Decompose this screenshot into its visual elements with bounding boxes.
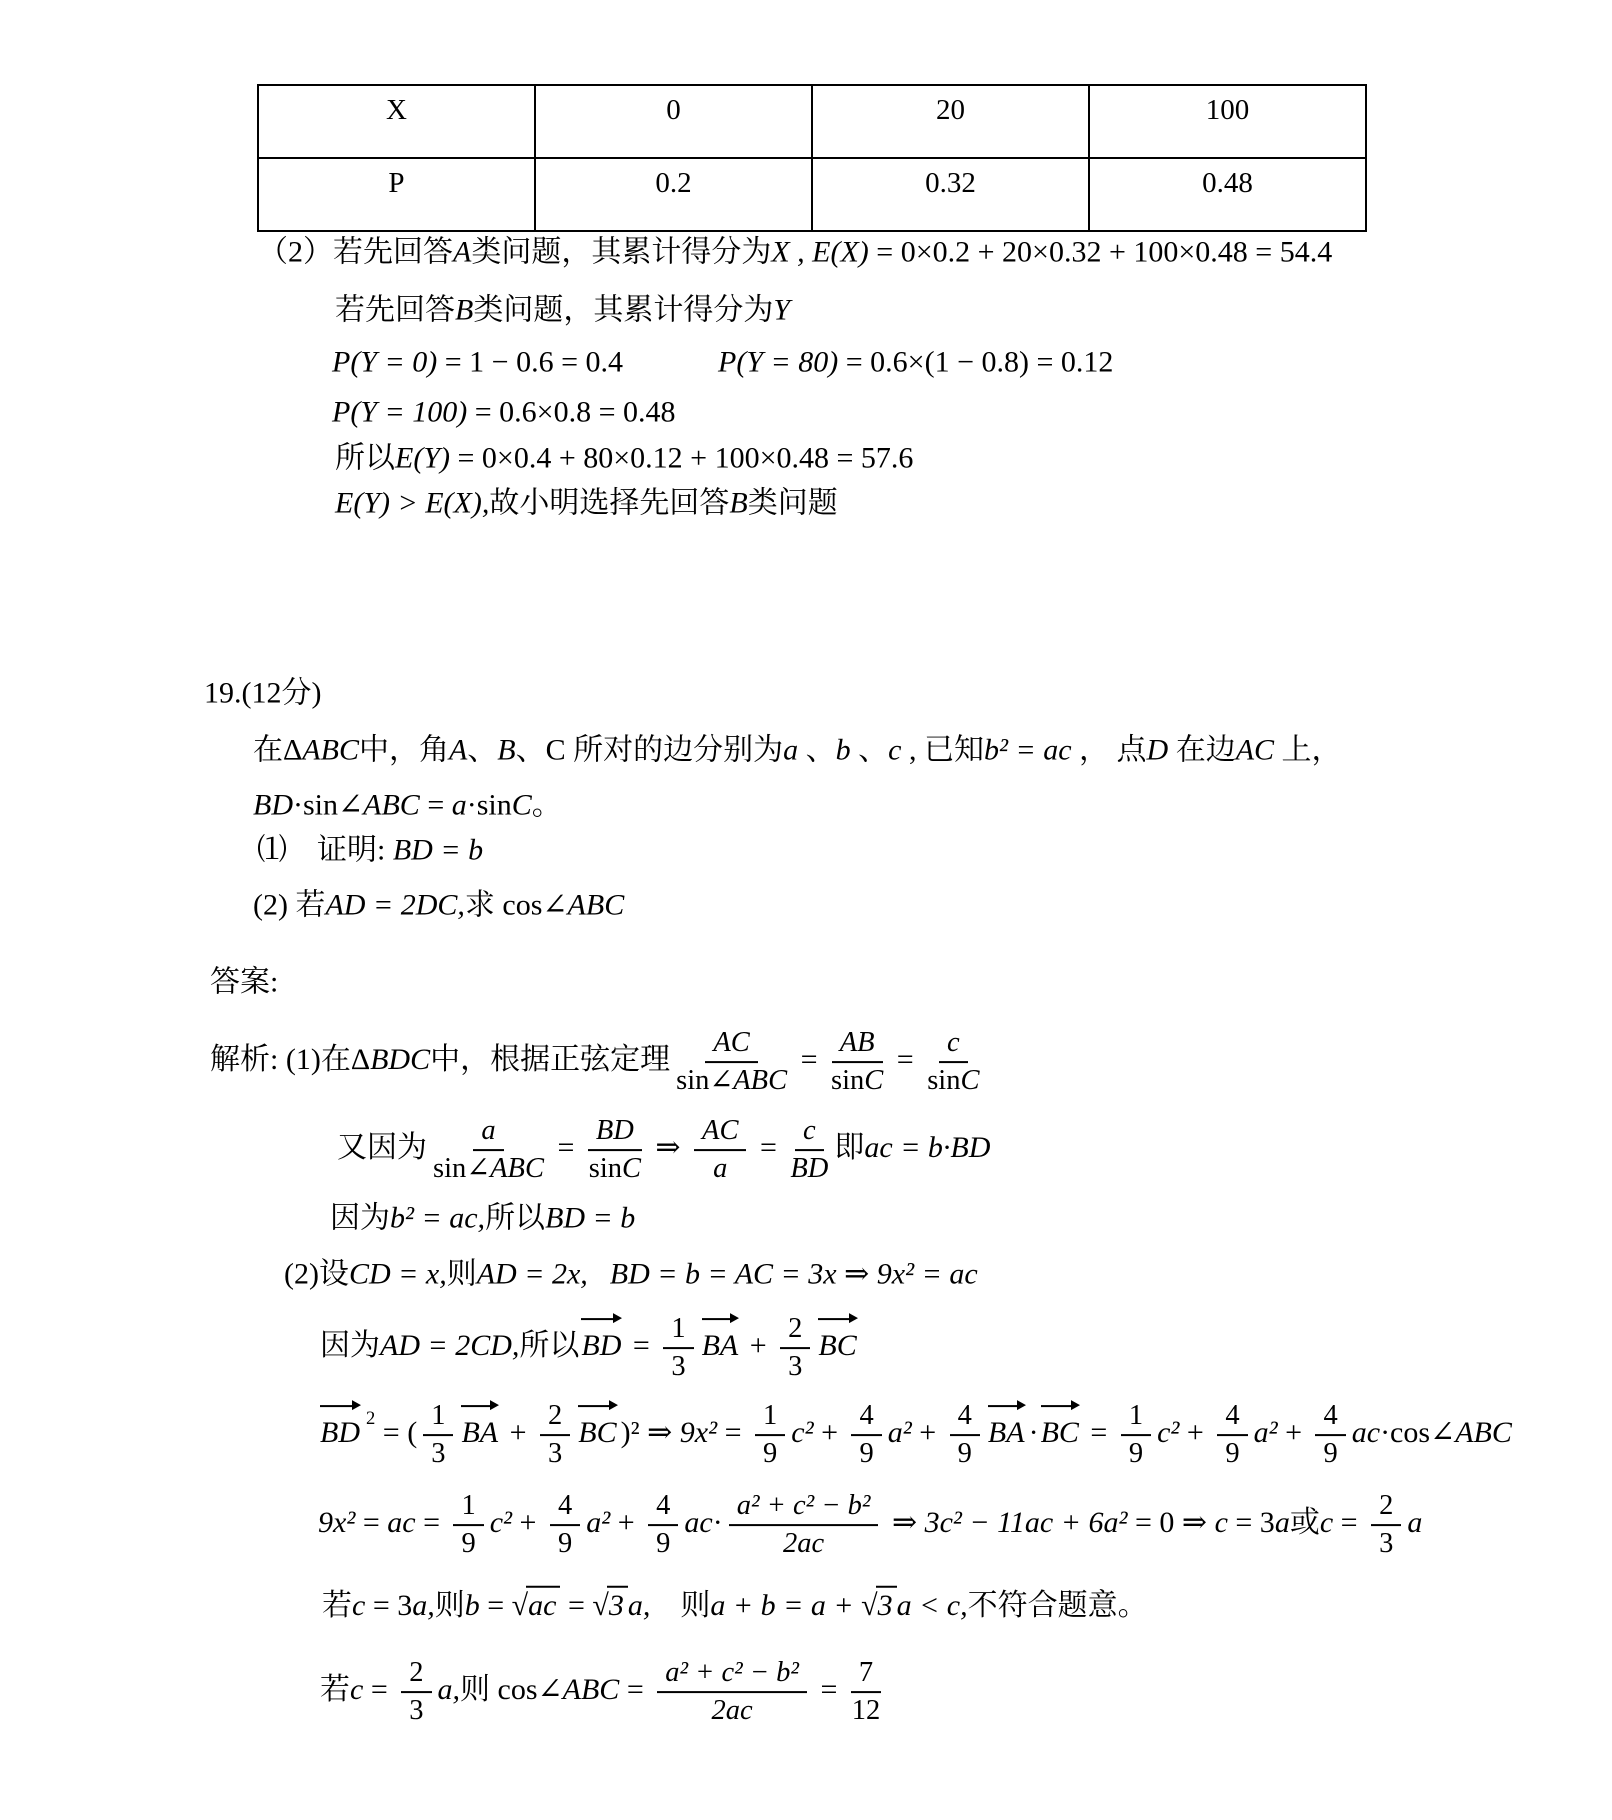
table-cell: 0.48 bbox=[1089, 158, 1366, 231]
fraction: cBD bbox=[790, 1115, 828, 1185]
cn-text: 答案: bbox=[210, 965, 278, 998]
fraction: 19 bbox=[755, 1400, 785, 1470]
fraction: 23 bbox=[1371, 1490, 1401, 1560]
numerator: 2 bbox=[780, 1313, 810, 1349]
math-text: a < c, bbox=[897, 1589, 968, 1622]
math-text: = bbox=[416, 1506, 448, 1539]
vector-BC: BC bbox=[578, 1414, 616, 1452]
line-expectation-x: （2）若先回答A类问题，其累计得分为X , E(X) = 0×0.2 + 20×… bbox=[258, 233, 1332, 271]
fraction: 23 bbox=[780, 1313, 810, 1383]
math-text: E(Y) > E(X), bbox=[335, 486, 489, 519]
cn-text: 求 bbox=[465, 888, 503, 921]
probability-table: X 0 20 100 P 0.2 0.32 0.48 bbox=[257, 84, 1367, 232]
document-page: X 0 20 100 P 0.2 0.32 0.48 （2）若先回答A类问题，其… bbox=[0, 0, 1612, 1820]
numerator: 2 bbox=[401, 1657, 431, 1693]
math-text: = bbox=[889, 1043, 921, 1076]
cn-text: 在Δ bbox=[253, 733, 302, 766]
math-text: ABC bbox=[568, 888, 625, 921]
radicand: 3 bbox=[607, 1586, 628, 1622]
math-text: = bbox=[793, 1043, 825, 1076]
vector-BA: BA bbox=[702, 1327, 739, 1365]
cn-text: 在边 bbox=[1168, 733, 1236, 766]
denominator: 3 bbox=[788, 1349, 802, 1383]
math-text: sin bbox=[927, 1065, 960, 1096]
line-prob-y0-y80: P(Y = 0) = 1 − 0.6 = 0.4P(Y = 80) = 0.6×… bbox=[332, 343, 1113, 381]
math-text: 3c² − 11ac + 6a² bbox=[925, 1506, 1128, 1539]
math-text: AC bbox=[1236, 733, 1274, 766]
fraction: 19 bbox=[1121, 1400, 1151, 1470]
math-text: A bbox=[449, 733, 467, 766]
cn-text: 所以 bbox=[335, 441, 395, 474]
denominator: 3 bbox=[409, 1693, 423, 1727]
math-text: ac bbox=[684, 1506, 712, 1539]
denominator: 3 bbox=[1379, 1526, 1393, 1560]
numerator: a² + c² − b² bbox=[657, 1657, 807, 1693]
cn-text: 即 bbox=[834, 1131, 864, 1164]
math-text: D bbox=[1147, 733, 1169, 766]
math-text: c bbox=[352, 1589, 365, 1622]
math-text: B bbox=[729, 486, 747, 519]
math-text: sin∠ bbox=[433, 1153, 490, 1184]
fraction: 23 bbox=[401, 1657, 431, 1727]
math-text: c² bbox=[791, 1416, 813, 1449]
math-text: C bbox=[864, 1065, 883, 1096]
math-text: c bbox=[1320, 1506, 1333, 1539]
math-text: a² bbox=[1254, 1416, 1278, 1449]
math-text: b bbox=[465, 1589, 480, 1622]
numerator: a² + c² − b² bbox=[729, 1490, 879, 1526]
math-text: = bbox=[1333, 1506, 1365, 1539]
numerator: 1 bbox=[1121, 1400, 1151, 1436]
cn-text: 若 bbox=[320, 1673, 350, 1706]
math-text: B bbox=[455, 293, 473, 326]
numerator: 4 bbox=[851, 1400, 881, 1436]
numerator: c bbox=[939, 1027, 968, 1063]
fraction: 712 bbox=[851, 1657, 881, 1727]
math-text: ·sin∠ bbox=[293, 788, 363, 821]
table-cell: X bbox=[258, 85, 535, 158]
fraction: 49 bbox=[550, 1490, 580, 1560]
denominator: 2ac bbox=[712, 1693, 753, 1727]
denominator: 2ac bbox=[783, 1526, 824, 1560]
numerator: 2 bbox=[540, 1400, 570, 1436]
numerator: a bbox=[473, 1115, 503, 1151]
math-text: Y bbox=[773, 293, 790, 326]
math-text: = bbox=[752, 1131, 784, 1164]
numerator: 2 bbox=[1371, 1490, 1401, 1526]
cn-text: 则 bbox=[650, 1589, 710, 1622]
math-text: ·cos∠ bbox=[1380, 1416, 1455, 1449]
table-cell: 0 bbox=[535, 85, 812, 158]
math-text: AD = 2DC, bbox=[325, 888, 464, 921]
vector-BD: BD bbox=[320, 1414, 360, 1452]
numerator: AC bbox=[705, 1027, 757, 1063]
math-text: + bbox=[1278, 1416, 1310, 1449]
denominator: sin∠ABC bbox=[433, 1151, 544, 1185]
solution-line7: 9x² = ac = 19c² + 49a² + 49ac·a² + c² − … bbox=[318, 1490, 1422, 1560]
math-text: = 0.6×(1 − 0.8) = 0.12 bbox=[838, 345, 1113, 378]
cn-text: 因为 bbox=[320, 1329, 380, 1362]
math-text: X , E(X) bbox=[771, 235, 868, 268]
math-text: a² bbox=[888, 1416, 912, 1449]
cn-text: ， 点 bbox=[1072, 733, 1147, 766]
denominator: BD bbox=[790, 1151, 828, 1185]
math-text: 9x² = ac bbox=[877, 1257, 978, 1290]
cn-text: ⑴ 证明: bbox=[257, 833, 393, 866]
fraction: 19 bbox=[453, 1490, 483, 1560]
math-text: 9x² bbox=[318, 1506, 355, 1539]
math-text: c² bbox=[490, 1506, 512, 1539]
cn-text: (2) 若 bbox=[253, 888, 325, 921]
math-text: = 1 − 0.6 = 0.4 bbox=[437, 345, 623, 378]
solution-line3: 因为b² = ac,所以BD = b bbox=[330, 1199, 635, 1237]
numerator: 4 bbox=[1315, 1400, 1345, 1436]
table-cell: 100 bbox=[1089, 85, 1366, 158]
math-text: ⇒ bbox=[884, 1506, 924, 1539]
numerator: BD bbox=[588, 1115, 642, 1151]
numerator: 4 bbox=[1217, 1400, 1247, 1436]
math-text: E(Y) bbox=[395, 441, 450, 474]
denominator: sinC bbox=[831, 1063, 883, 1097]
math-text: ABC bbox=[302, 733, 359, 766]
math-text: P(Y = 80) bbox=[718, 345, 838, 378]
denominator: 3 bbox=[548, 1436, 562, 1470]
math-text: P(Y = 100) bbox=[332, 395, 467, 428]
cn-text: 、C 所对的边分别为 bbox=[516, 733, 784, 766]
math-text: ⇒ bbox=[837, 1257, 877, 1290]
cn-text: 则 bbox=[447, 1257, 477, 1290]
math-text: · bbox=[1029, 1416, 1039, 1449]
denominator: 3 bbox=[671, 1349, 685, 1383]
math-text: c² bbox=[1157, 1416, 1179, 1449]
math-text: sin∠ bbox=[676, 1065, 733, 1096]
math-text: sin bbox=[831, 1065, 864, 1096]
denominator: 9 bbox=[461, 1526, 475, 1560]
denominator: 9 bbox=[656, 1526, 670, 1560]
math-text: = bbox=[420, 788, 452, 821]
fraction: ACa bbox=[694, 1115, 746, 1185]
table-cell: 0.2 bbox=[535, 158, 812, 231]
math-text: = 0×0.2 + 20×0.32 + 100×0.48 = 54.4 bbox=[869, 235, 1332, 268]
table-cell: 20 bbox=[812, 85, 1089, 158]
math-text: a bbox=[783, 733, 798, 766]
fraction: 49 bbox=[1217, 1400, 1247, 1470]
math-text: b bbox=[836, 733, 851, 766]
math-text: = 0×0.4 + 80×0.12 + 100×0.48 = 57.6 bbox=[450, 441, 913, 474]
cn-text: 所以 bbox=[485, 1201, 545, 1234]
cn-text: 若 bbox=[322, 1589, 352, 1622]
cn-text: 上， bbox=[1274, 733, 1342, 766]
math-text: ·sin bbox=[467, 788, 512, 821]
line-conclusion: E(Y) > E(X),故小明选择先回答B类问题 bbox=[335, 484, 838, 522]
math-text: ABC bbox=[490, 1153, 544, 1184]
math-text: = 3 bbox=[1228, 1506, 1275, 1539]
math-text: · bbox=[713, 1506, 723, 1539]
solution-line8: 若c = 3a,则b = √ac = √3a, 则a + b = a + √3a… bbox=[322, 1586, 1148, 1625]
math-text: AD = 2x, bbox=[477, 1257, 588, 1290]
vector-BA: BA bbox=[461, 1414, 498, 1452]
vector-BA: BA bbox=[988, 1414, 1025, 1452]
math-text: a, bbox=[438, 1673, 461, 1706]
radicand: 3 bbox=[876, 1586, 897, 1622]
denominator: 3 bbox=[431, 1436, 445, 1470]
math-text: c bbox=[888, 733, 901, 766]
math-text: A bbox=[453, 235, 471, 268]
line-answer-b-first: 若先回答B类问题，其累计得分为Y bbox=[335, 291, 790, 329]
math-text: + bbox=[912, 1416, 944, 1449]
math-text: cos∠ bbox=[502, 888, 567, 921]
math-text: = bbox=[625, 1329, 657, 1362]
math-text: ac bbox=[387, 1506, 415, 1539]
math-text: + bbox=[610, 1506, 642, 1539]
solution-line4: (2)设CD = x,则AD = 2x,BD = b = AC = 3x ⇒ 9… bbox=[284, 1255, 978, 1293]
math-text: = bbox=[1083, 1416, 1115, 1449]
line-prob-y100: P(Y = 100) = 0.6×0.8 = 0.48 bbox=[332, 393, 676, 431]
math-text: = bbox=[363, 1673, 395, 1706]
cn-text: 中，根据正弦定理 bbox=[430, 1043, 670, 1076]
math-text: )² ⇒ bbox=[621, 1416, 680, 1449]
cn-text: , 已知 bbox=[901, 733, 984, 766]
denominator: 9 bbox=[763, 1436, 777, 1470]
math-text: ABC bbox=[733, 1065, 787, 1096]
math-text: = bbox=[355, 1506, 387, 1539]
q19-part1: ⑴ 证明: BD = b bbox=[257, 831, 483, 869]
fraction: csinC bbox=[927, 1027, 979, 1097]
math-text: = 0 ⇒ bbox=[1128, 1506, 1215, 1539]
numerator: 1 bbox=[453, 1490, 483, 1526]
math-text: = bbox=[619, 1673, 651, 1706]
denominator: 9 bbox=[558, 1526, 572, 1560]
math-text: C bbox=[512, 788, 532, 821]
denominator: sin∠ABC bbox=[676, 1063, 787, 1097]
numerator: 1 bbox=[755, 1400, 785, 1436]
fraction: a² + c² − b²2ac bbox=[729, 1490, 879, 1560]
denominator: sinC bbox=[927, 1063, 979, 1097]
math-text: 9x² bbox=[680, 1416, 717, 1449]
cn-text: 、 bbox=[851, 733, 889, 766]
math-text: BD bbox=[253, 788, 293, 821]
radicand: ac bbox=[526, 1586, 560, 1622]
cn-text: 中，角 bbox=[359, 733, 449, 766]
math-text: + bbox=[1179, 1416, 1211, 1449]
numerator: 1 bbox=[663, 1313, 693, 1349]
solution-line6: BD2 = (13BA + 23BC)² ⇒ 9x² = 19c² + 49a²… bbox=[318, 1400, 1512, 1470]
math-text: b² = ac, bbox=[390, 1201, 485, 1234]
math-text: = bbox=[813, 1673, 845, 1706]
fraction: ABsinC bbox=[831, 1027, 883, 1097]
math-text: + bbox=[742, 1329, 774, 1362]
cn-text: （2）若先回答 bbox=[258, 235, 453, 268]
q19-statement-line1: 在ΔABC中，角A、B、C 所对的边分别为a 、b 、c , 已知b² = ac… bbox=[253, 731, 1342, 769]
math-text: = bbox=[550, 1131, 582, 1164]
denominator: 9 bbox=[1323, 1436, 1337, 1470]
denominator: 9 bbox=[1225, 1436, 1239, 1470]
cn-text: 不符合题意。 bbox=[968, 1589, 1148, 1622]
denominator: 9 bbox=[958, 1436, 972, 1470]
answer-label: 答案: bbox=[210, 963, 278, 1001]
cn-text: 又因为 bbox=[337, 1131, 427, 1164]
math-text: CD = x, bbox=[349, 1257, 447, 1290]
fraction: 13 bbox=[423, 1400, 453, 1470]
cn-text: 所以 bbox=[519, 1329, 579, 1362]
math-text: = bbox=[717, 1416, 749, 1449]
math-text: sin bbox=[589, 1153, 622, 1184]
numerator: 4 bbox=[648, 1490, 678, 1526]
cn-text: 19.(12分) bbox=[204, 676, 321, 709]
numerator: 4 bbox=[550, 1490, 580, 1526]
cn-text: (2)设 bbox=[284, 1257, 349, 1290]
fraction: 49 bbox=[1315, 1400, 1345, 1470]
denominator: 9 bbox=[859, 1436, 873, 1470]
cn-text: 类问题，其累计得分为 bbox=[471, 235, 771, 268]
math-text: ABC bbox=[363, 788, 420, 821]
solution-line9: 若c = 23a,则 cos∠ABC = a² + c² − b²2ac = 7… bbox=[320, 1657, 887, 1727]
denominator: a bbox=[713, 1151, 727, 1185]
math-text: ac bbox=[1352, 1416, 1380, 1449]
fraction: 49 bbox=[648, 1490, 678, 1560]
math-text: + bbox=[502, 1416, 534, 1449]
math-text: ac = b·BD bbox=[864, 1131, 990, 1164]
fraction: ACsin∠ABC bbox=[676, 1027, 787, 1097]
vector-BC: BC bbox=[1041, 1414, 1079, 1452]
math-text: c bbox=[1215, 1506, 1228, 1539]
line-expectation-y: 所以E(Y) = 0×0.4 + 80×0.12 + 100×0.48 = 57… bbox=[335, 439, 913, 477]
table-cell: 0.32 bbox=[812, 158, 1089, 231]
math-text: + bbox=[814, 1416, 846, 1449]
math-text: a + b = a + bbox=[710, 1589, 861, 1622]
fraction: BDsinC bbox=[588, 1115, 642, 1185]
math-text: = ( bbox=[375, 1416, 417, 1449]
cn-text: 若先回答 bbox=[335, 293, 455, 326]
math-text: a, bbox=[628, 1589, 651, 1622]
cn-text: 类问题 bbox=[748, 486, 838, 519]
question-19-header: 19.(12分) bbox=[204, 674, 321, 712]
table-cell: P bbox=[258, 158, 535, 231]
solution-line1: 解析: (1)在ΔBDC中，根据正弦定理ACsin∠ABC = ABsinC =… bbox=[210, 1027, 985, 1097]
q19-statement-line2: BD·sin∠ABC = a·sinC。 bbox=[253, 786, 562, 824]
solution-line5: 因为AD = 2CD,所以BD = 13BA + 23BC bbox=[320, 1313, 861, 1383]
solution-line2: 又因为asin∠ABC = BDsinC ⇒ ACa = cBD即ac = b·… bbox=[337, 1115, 990, 1185]
math-text: a bbox=[452, 788, 467, 821]
cn-text: 故小明选择先回答 bbox=[489, 486, 729, 519]
math-text: = 3 bbox=[365, 1589, 412, 1622]
cn-text: 类问题，其累计得分为 bbox=[473, 293, 773, 326]
cn-text: 则 bbox=[435, 1589, 465, 1622]
cn-text: 。 bbox=[532, 788, 562, 821]
numerator: 1 bbox=[423, 1400, 453, 1436]
denominator: 12 bbox=[852, 1693, 881, 1727]
table-row-p: P 0.2 0.32 0.48 bbox=[258, 158, 1366, 231]
vector-BD: BD bbox=[581, 1327, 621, 1365]
math-text: BD = b = AC = 3x bbox=[610, 1257, 837, 1290]
math-text: b² = ac bbox=[984, 733, 1072, 766]
numerator: c bbox=[795, 1115, 824, 1151]
denominator: 9 bbox=[1129, 1436, 1143, 1470]
math-text: a, bbox=[412, 1589, 435, 1622]
fraction: 23 bbox=[540, 1400, 570, 1470]
math-text: BD = b bbox=[545, 1201, 635, 1234]
cn-text: 、 bbox=[798, 733, 836, 766]
q19-part2: (2) 若AD = 2DC,求 cos∠ABC bbox=[253, 886, 624, 924]
table-row-x: X 0 20 100 bbox=[258, 85, 1366, 158]
math-text: = bbox=[560, 1589, 592, 1622]
math-text: C bbox=[622, 1153, 641, 1184]
math-text: = 0.6×0.8 = 0.48 bbox=[467, 395, 675, 428]
fraction: 49 bbox=[851, 1400, 881, 1470]
cn-text: 因为 bbox=[330, 1201, 390, 1234]
cn-text: 解析: (1)在Δ bbox=[210, 1043, 370, 1076]
math-text: ABC bbox=[563, 1673, 620, 1706]
math-text: a² bbox=[586, 1506, 610, 1539]
math-text: a bbox=[1407, 1506, 1422, 1539]
math-text: C bbox=[960, 1065, 979, 1096]
math-text: a bbox=[1275, 1506, 1290, 1539]
math-text: AD = 2CD, bbox=[380, 1329, 519, 1362]
cn-text: 或 bbox=[1290, 1506, 1320, 1539]
math-text: BDC bbox=[370, 1043, 430, 1076]
fraction: asin∠ABC bbox=[433, 1115, 544, 1185]
cn-text: 则 bbox=[460, 1673, 490, 1706]
math-text: P(Y = 0) bbox=[332, 345, 437, 378]
vector-BC: BC bbox=[818, 1327, 856, 1365]
math-text: cos∠ bbox=[490, 1673, 563, 1706]
math-text: c bbox=[350, 1673, 363, 1706]
math-text: + bbox=[512, 1506, 544, 1539]
denominator: sinC bbox=[589, 1151, 641, 1185]
numerator: 7 bbox=[851, 1657, 881, 1693]
fraction: 13 bbox=[663, 1313, 693, 1383]
numerator: AC bbox=[694, 1115, 746, 1151]
numerator: 4 bbox=[950, 1400, 980, 1436]
cn-text: 、 bbox=[467, 733, 497, 766]
math-text: = bbox=[480, 1589, 512, 1622]
fraction: 49 bbox=[950, 1400, 980, 1470]
fraction: a² + c² − b²2ac bbox=[657, 1657, 807, 1727]
math-text: ⇒ bbox=[648, 1131, 688, 1164]
math-text: ABC bbox=[1455, 1416, 1512, 1449]
math-text: BD = b bbox=[393, 833, 483, 866]
exponent: 2 bbox=[366, 1408, 375, 1429]
numerator: AB bbox=[832, 1027, 883, 1063]
math-text: B bbox=[497, 733, 515, 766]
